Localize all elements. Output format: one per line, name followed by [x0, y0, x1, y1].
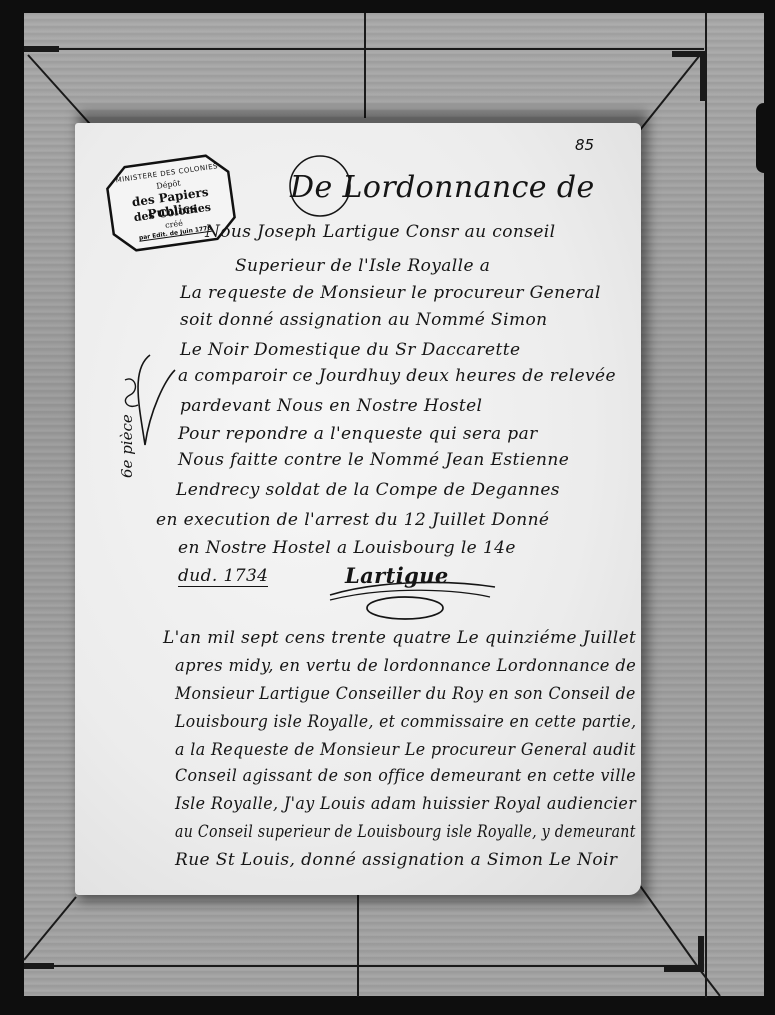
summons-line-9: Rue St Louis, donné assignation a Simon …: [175, 850, 617, 870]
summons-line-4: Louisbourg isle Royalle, et commissaire …: [175, 712, 636, 732]
ordinance-line-11: en execution de l'arrest du 12 Juillet D…: [156, 510, 549, 530]
margin-flourish-icon: [120, 350, 180, 460]
ordinance-line-3: La requeste de Monsieur le procureur Gen…: [180, 283, 601, 303]
ordinance-line-12: en Nostre Hostel a Louisbourg le 14e: [178, 538, 516, 558]
ordinance-line-7: pardevant Nous en Nostre Hostel: [180, 396, 482, 416]
folio-number: 85: [575, 136, 594, 154]
ordinance-line-10: Lendrecy soldat de la Compe de Degannes: [176, 480, 560, 500]
title-initial-flourish-icon: [285, 148, 365, 228]
summons-line-2: apres midy, en vertu de lordonnance Lord…: [175, 656, 636, 676]
summons-line-1: L'an mil sept cens trente quatre Le quin…: [163, 628, 636, 648]
summons-line-7: Isle Royalle, J'ay Louis adam huissier R…: [175, 794, 636, 814]
ordinance-line-8: Pour repondre a l'enqueste qui sera par: [178, 424, 538, 444]
ordinance-line-5: Le Noir Domestique du Sr Daccarette: [180, 340, 520, 360]
ordinance-line-9: Nous faitte contre le Nommé Jean Estienn…: [178, 450, 569, 470]
summons-line-8: au Conseil superieur de Louisbourg isle …: [175, 822, 636, 842]
ordinance-line-4: soit donné assignation au Nommé Simon: [180, 310, 547, 330]
summons-line-6: Conseil agissant de son office demeurant…: [175, 766, 636, 786]
signature-paraph-icon: [320, 575, 520, 630]
ordinance-date-line: dud. 1734: [178, 566, 268, 587]
ordinance-line-1: Nous Joseph Lartigue Consr au conseil: [205, 222, 555, 242]
ordinance-line-6: a comparoir ce Jourdhuy deux heures de r…: [178, 366, 616, 386]
summons-line-3: Monsieur Lartigue Conseiller du Roy en s…: [175, 684, 636, 704]
summons-line-5: a la Requeste de Monsieur Le procureur G…: [175, 740, 636, 760]
ordinance-line-2: Superieur de l'Isle Royalle a: [235, 256, 490, 276]
